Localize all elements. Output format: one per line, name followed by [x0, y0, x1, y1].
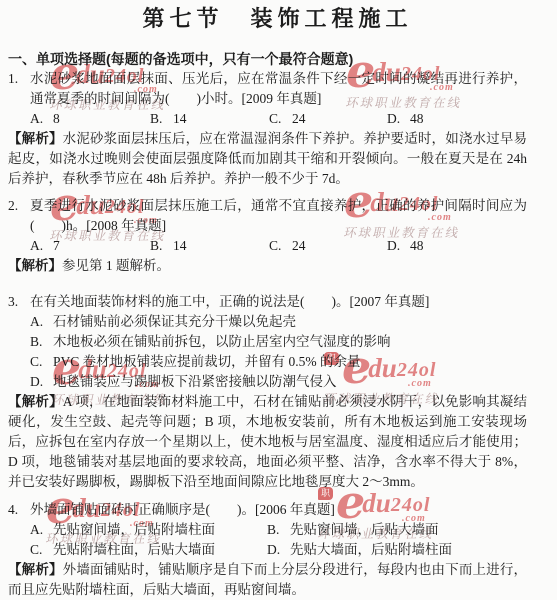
option-d: D.48 — [387, 236, 527, 256]
option-a: A.8 — [30, 109, 150, 129]
question-stem: 夏季进行水泥砂浆面层抹压施工后，通常不宜直接养护，正确的养护间隔时间应为( )h… — [30, 196, 527, 236]
question-number: 1. — [8, 69, 18, 89]
analysis: 【解析】外墙面铺贴时，铺贴顺序是自下而上分层分段进行，每段内也由下而上进行，而且… — [8, 560, 527, 600]
analysis-text: 水泥砂浆面层抹压后，应在常温湿润条件下养护。养护要适时，如浇水过早易起皮，如浇水… — [8, 131, 527, 186]
question-stem: 外墙面铺贴面砖时正确顺序是( )。[2006 年真题] — [30, 500, 527, 520]
options-list: A.石材铺贴前必须保证其充分干燥以免起壳 B.木地板必须在铺贴前拆包，以防止居室… — [30, 312, 527, 392]
option-a: A.先贴窗间墙，后贴附墙柱面 — [30, 520, 267, 540]
option-c: C.24 — [269, 109, 387, 129]
question-3: 3. 在有关地面装饰材料的施工中，正确的说法是( )。[2007 年真题] A.… — [8, 292, 527, 492]
analysis-text: A 项，在地面装饰材料施工中，石材在铺贴前必须浸水阴干，以免影响其凝结硬化，发生… — [8, 394, 527, 489]
analysis: 【解析】A 项，在地面装饰材料施工中，石材在铺贴前必须浸水阴干，以免影响其凝结硬… — [8, 392, 527, 492]
option-b: B.木地板必须在铺贴前拆包，以防止居室内空气湿度的影响 — [30, 332, 527, 352]
option-d: D.地毯铺装应与踢脚板下沿紧密接触以防潮气侵入 — [30, 372, 527, 392]
option-d: D.48 — [387, 109, 527, 129]
analysis-label: 【解析】 — [8, 258, 62, 273]
analysis-text: 参见第 1 题解析。 — [62, 258, 170, 273]
scanned-textbook-page: edu24ol .com 环球职业教育在线 edu24ol .com 环球职业教… — [0, 0, 557, 600]
page-title: 第七节 装饰工程施工 — [18, 4, 537, 34]
section-heading: 一、单项选择题(每题的备选项中，只有一个最符合题意) — [8, 49, 527, 69]
options-grid: A.先贴窗间墙，后贴附墙柱面 B.先贴窗间墙，后贴大墙面 C.先贴附墙柱面，后贴… — [30, 520, 527, 560]
question-number: 2. — [8, 196, 18, 216]
question-4: 4. 外墙面铺贴面砖时正确顺序是( )。[2006 年真题] A.先贴窗间墙，后… — [8, 500, 527, 600]
analysis-label: 【解析】 — [8, 394, 63, 409]
page-content: 第七节 装饰工程施工 一、单项选择题(每题的备选项中，只有一个最符合题意) 1.… — [0, 0, 557, 600]
question-stem: 在有关地面装饰材料的施工中，正确的说法是( )。[2007 年真题] — [30, 292, 527, 312]
options-row: A.8 B.14 C.24 D.48 — [30, 109, 527, 129]
question-2: 2. 夏季进行水泥砂浆面层抹压施工后，通常不宜直接养护，正确的养护间隔时间应为(… — [8, 196, 527, 276]
analysis-label: 【解析】 — [8, 562, 63, 577]
option-b: B.14 — [150, 109, 269, 129]
option-c: C.先贴附墙柱面，后贴大墙面 — [30, 540, 267, 560]
options-row: A.7 B.14 C.24 D.48 — [30, 236, 527, 256]
option-a: A.7 — [30, 236, 150, 256]
option-b: B.14 — [150, 236, 269, 256]
option-c: C.PVC 卷材地板铺装应提前裁切，并留有 0.5% 的余量 — [30, 352, 527, 372]
question-1: 1. 水泥砂浆地面面层抹面、压光后，应在常温条件下经一定时间的凝结再进行养护，通… — [8, 69, 527, 189]
analysis: 【解析】参见第 1 题解析。 — [8, 256, 527, 276]
option-a: A.石材铺贴前必须保证其充分干燥以免起壳 — [30, 312, 527, 332]
question-number: 3. — [8, 292, 18, 312]
question-stem: 水泥砂浆地面面层抹面、压光后，应在常温条件下经一定时间的凝结再进行养护，通常夏季… — [30, 69, 527, 109]
option-d: D.先贴大墙面，后贴附墙柱面 — [267, 540, 527, 560]
option-b: B.先贴窗间墙，后贴大墙面 — [267, 520, 527, 540]
option-c: C.24 — [269, 236, 387, 256]
analysis-text: 外墙面铺贴时，铺贴顺序是自下而上分层分段进行，每段内也由下而上进行，而且应先贴附… — [8, 562, 527, 597]
analysis: 【解析】水泥砂浆面层抹压后，应在常温湿润条件下养护。养护要适时，如浇水过早易起皮… — [8, 129, 527, 189]
question-number: 4. — [8, 500, 18, 520]
analysis-label: 【解析】 — [8, 131, 63, 146]
